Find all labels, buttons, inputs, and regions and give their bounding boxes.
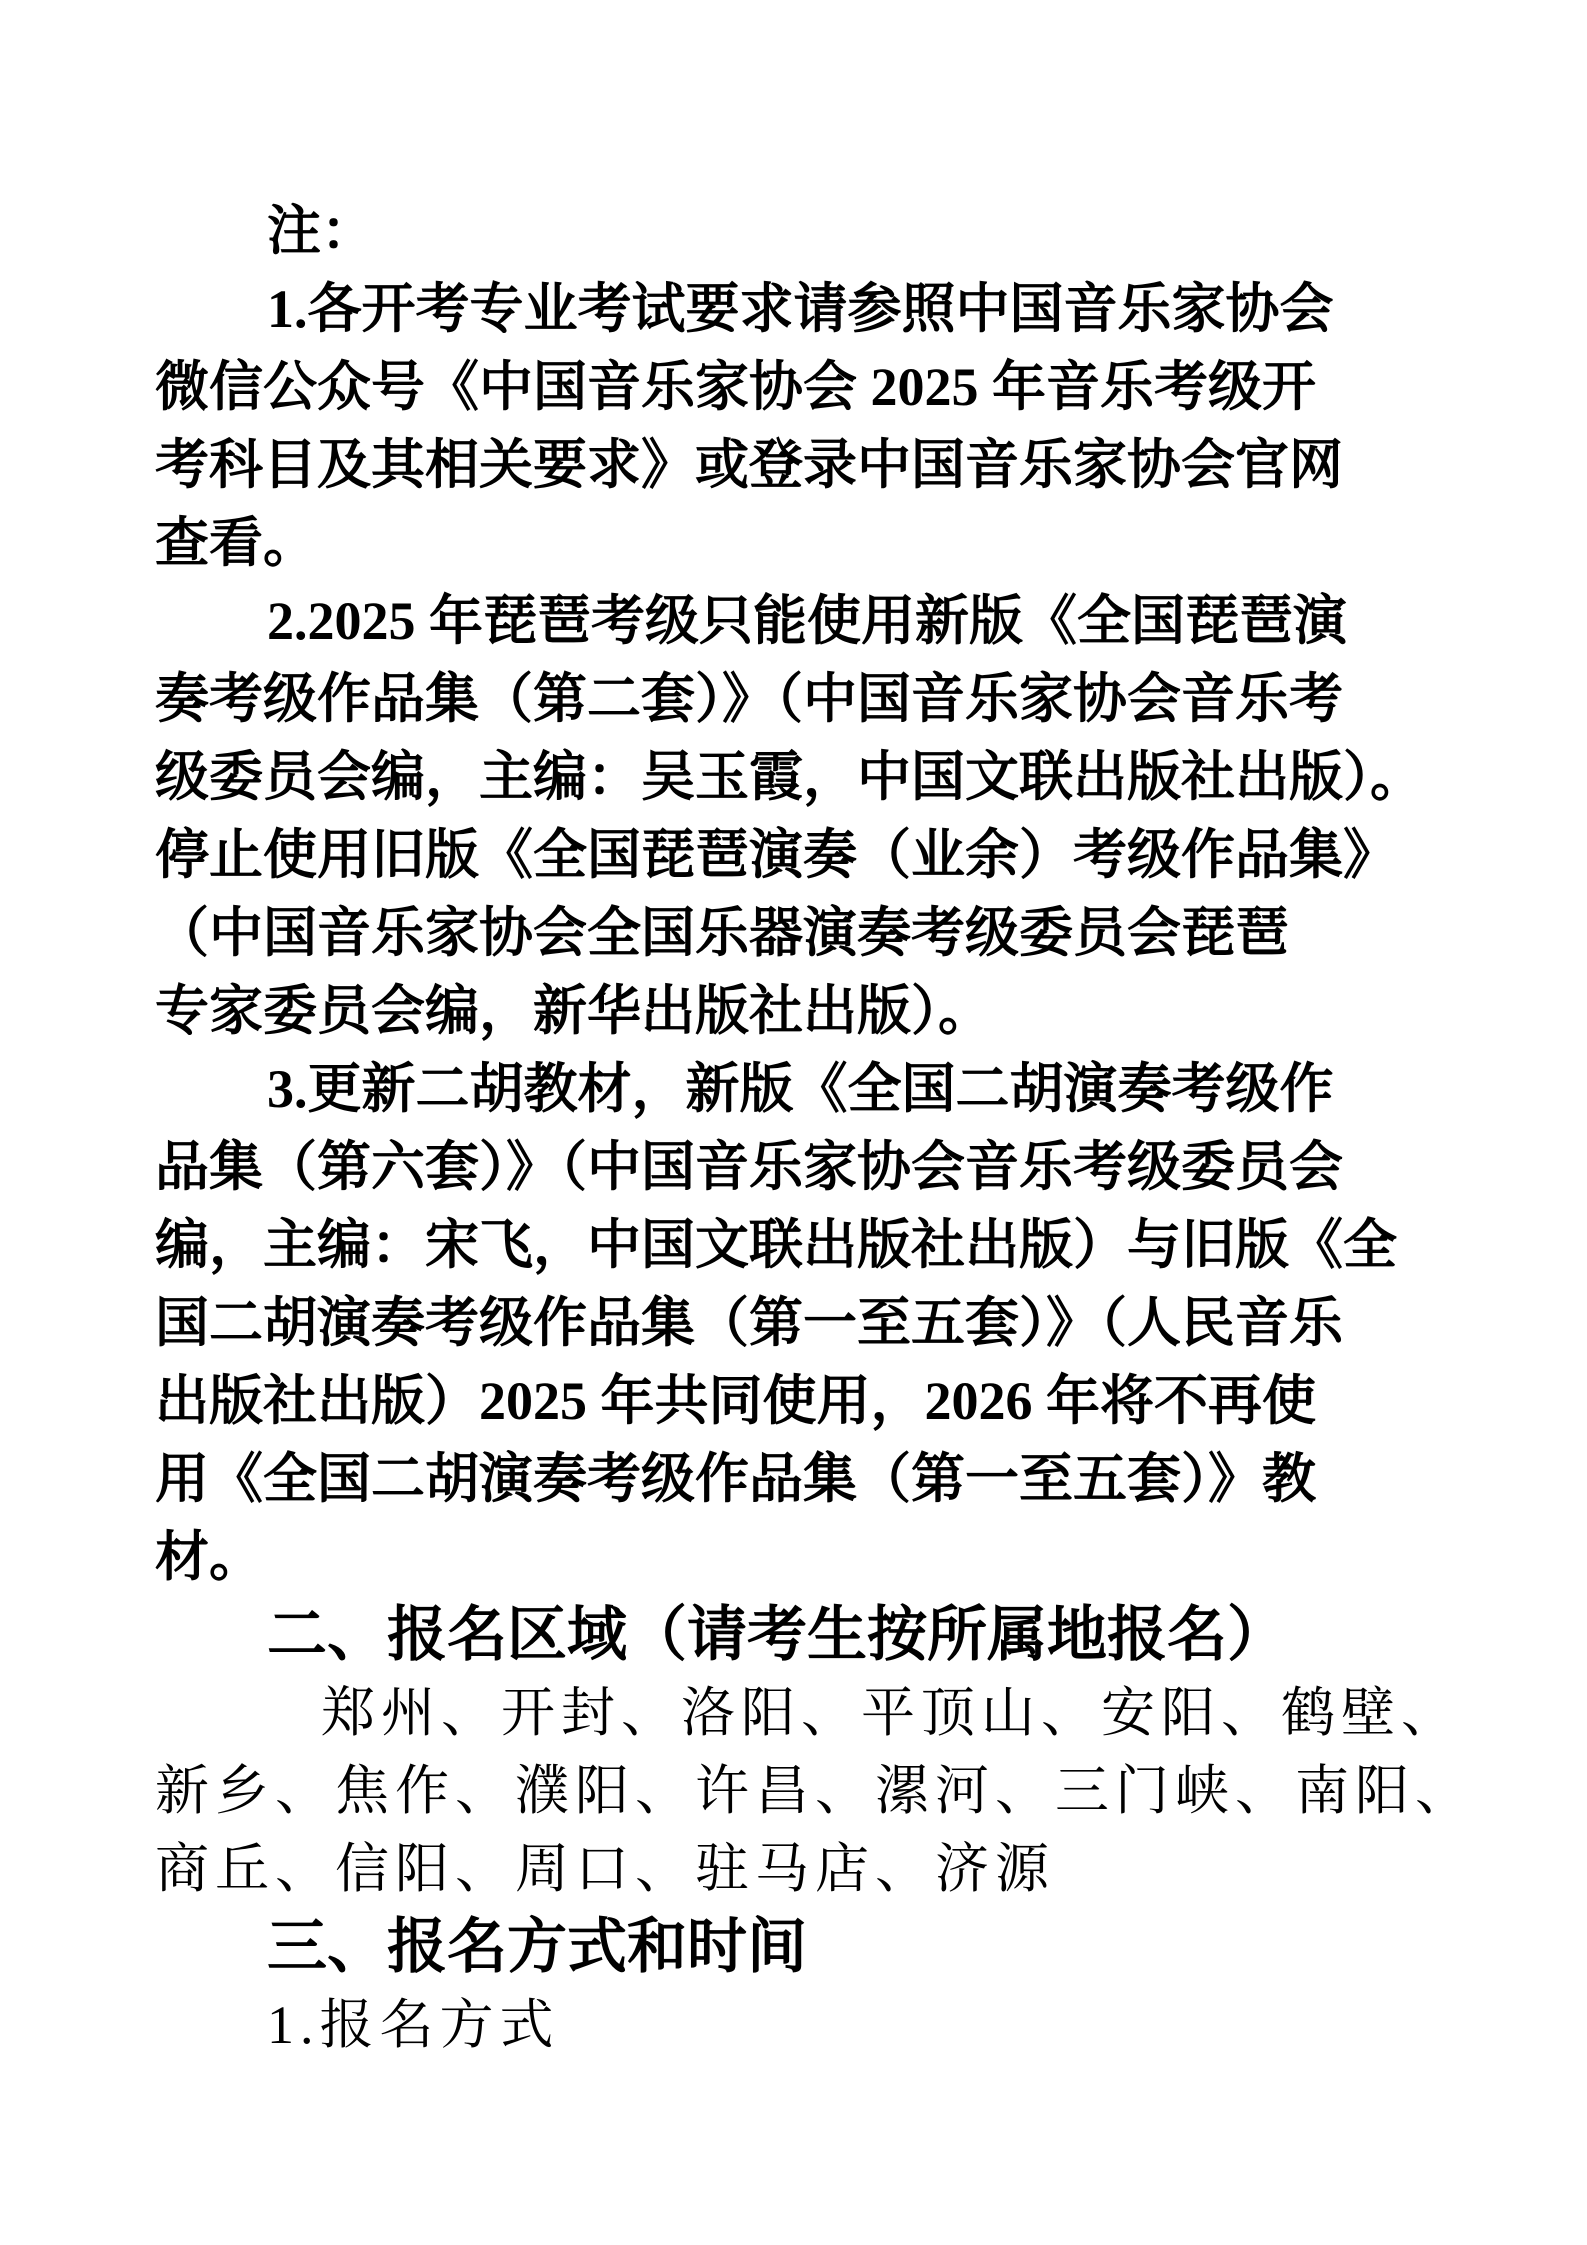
note-item-3-line: 出版社出版）2025 年共同使用，2026 年将不再使 <box>155 1362 1445 1440</box>
note-item-3-line: 3.更新二胡教材，新版《全国二胡演奏考级作 <box>155 1050 1445 1128</box>
note-item-3-line: 国二胡演奏考级作品集（第一至五套）》（人民音乐 <box>155 1284 1445 1362</box>
section-3-heading: 三、报名方式和时间 <box>155 1908 1445 1986</box>
note-item-2-line: 级委员会编，主编：吴玉霞，中国文联出版社出版）。 <box>155 738 1445 816</box>
note-item-3-line: 品集（第六套）》（中国音乐家协会音乐考级委员会 <box>155 1128 1445 1206</box>
note-item-3-line: 材。 <box>155 1518 1445 1596</box>
note-item-3-line: 用《全国二胡演奏考级作品集（第一至五套）》教 <box>155 1440 1445 1518</box>
note-item-1-line: 查看。 <box>155 504 1445 582</box>
note-label: 注： <box>155 192 1445 270</box>
note-item-1-line: 微信公众号《中国音乐家协会 2025 年音乐考级开 <box>155 348 1445 426</box>
section-2-heading: 二、报名区域（请考生按所属地报名） <box>155 1596 1445 1674</box>
note-item-3-line: 编，主编：宋飞，中国文联出版社出版）与旧版《全 <box>155 1206 1445 1284</box>
note-item-2-line: 2.2025 年琵琶考级只能使用新版《全国琵琶演 <box>155 582 1445 660</box>
city-list-line: 新乡、焦作、濮阳、许昌、漯河、三门峡、南阳、 <box>155 1752 1445 1830</box>
city-list-line: 商丘、信阳、周口、驻马店、济源 <box>155 1830 1445 1908</box>
note-item-2-line: （中国音乐家协会全国乐器演奏考级委员会琵琶 <box>155 894 1445 972</box>
city-list-line: 郑州、开封、洛阳、平顶山、安阳、鹤壁、 <box>155 1674 1445 1752</box>
subsection-1-heading: 1.报名方式 <box>155 1986 1445 2064</box>
note-item-2-line: 停止使用旧版《全国琵琶演奏（业余）考级作品集》 <box>155 816 1445 894</box>
note-item-2-line: 专家委员会编，新华出版社出版）。 <box>155 972 1445 1050</box>
document-content: 注： 1.各开考专业考试要求请参照中国音乐家协会 微信公众号《中国音乐家协会 2… <box>155 192 1445 2064</box>
note-item-1-line: 1.各开考专业考试要求请参照中国音乐家协会 <box>155 270 1445 348</box>
note-item-2-line: 奏考级作品集（第二套）》（中国音乐家协会音乐考 <box>155 660 1445 738</box>
note-item-1-line: 考科目及其相关要求》或登录中国音乐家协会官网 <box>155 426 1445 504</box>
document-page: 注： 1.各开考专业考试要求请参照中国音乐家协会 微信公众号《中国音乐家协会 2… <box>0 0 1587 2245</box>
